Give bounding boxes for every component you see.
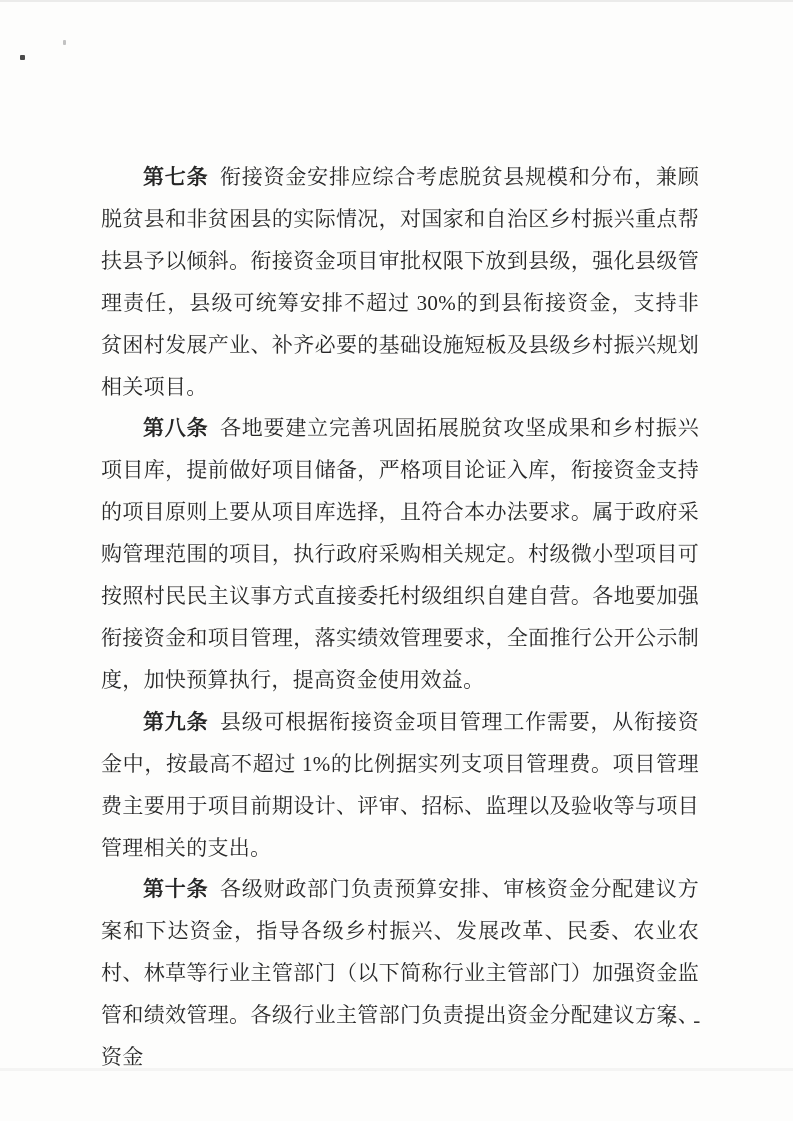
document-body: 第七条衔接资金安排应综合考虑脱贫县规模和分布，兼顾脱贫县和非贫困县的实际情况，对…: [101, 157, 699, 1079]
article-paragraph-10: 第十条各级财政部门负责预算安排、审核资金分配建议方案和下达资金，指导各级乡村振兴…: [101, 869, 699, 1079]
article-number: 第八条: [143, 416, 208, 440]
scan-speck: [20, 55, 25, 60]
article-text: 衔接资金安排应综合考虑脱贫县规模和分布，兼顾脱贫县和非贫困县的实际情况，对国家和…: [101, 165, 699, 399]
article-number: 第九条: [143, 710, 208, 734]
document-page: 第七条衔接资金安排应综合考虑脱贫县规模和分布，兼顾脱贫县和非贫困县的实际情况，对…: [0, 0, 793, 1121]
article-paragraph-9: 第九条县级可根据衔接资金项目管理工作需要，从衔接资金中，按最高不超过 1%的比例…: [101, 702, 699, 870]
scan-speck: [63, 40, 66, 45]
page-number: - 7 -: [640, 1008, 700, 1033]
article-text: 各级财政部门负责预算安排、审核资金分配建议方案和下达资金，指导各级乡村振兴、发展…: [101, 877, 699, 1069]
article-paragraph-8: 第八条各地要建立完善巩固拓展脱贫攻坚成果和乡村振兴项目库，提前做好项目储备，严格…: [101, 408, 699, 701]
article-number: 第七条: [143, 165, 208, 189]
article-number: 第十条: [143, 877, 208, 901]
article-paragraph-7: 第七条衔接资金安排应综合考虑脱贫县规模和分布，兼顾脱贫县和非贫困县的实际情况，对…: [101, 157, 699, 408]
scan-edge-artifact: [0, 0, 793, 2]
article-text: 各地要建立完善巩固拓展脱贫攻坚成果和乡村振兴项目库，提前做好项目储备，严格项目论…: [101, 416, 699, 691]
scan-band-artifact: [0, 1068, 793, 1071]
